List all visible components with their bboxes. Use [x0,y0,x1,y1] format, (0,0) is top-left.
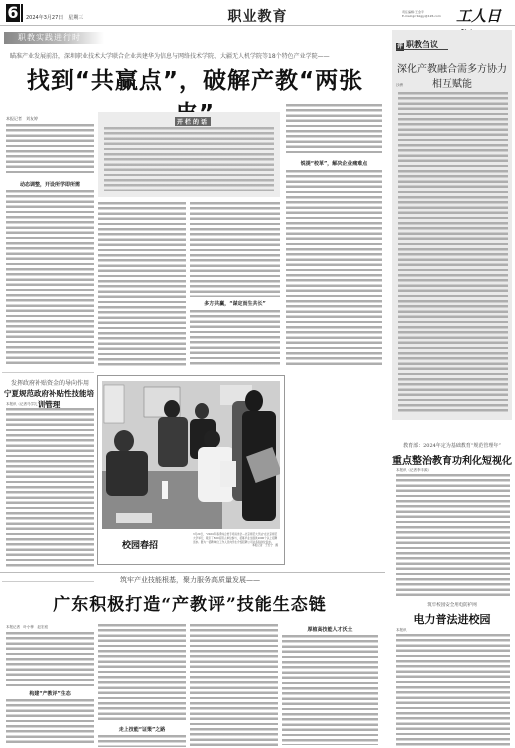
guangdong-subhead-1: 构建“产教评”生态 [6,690,94,697]
photo-caption-text: 3月20日，“2024年春季综合类专场双选会—北京师范大学站”在北京师范大学举行… [193,533,277,544]
lead-subhead-1: 动态调整，开设所学即所需 [6,181,94,188]
guangdong-body-col2b [98,735,186,747]
guangdong-body-col2a [98,624,186,722]
photo-scene-illustration [102,381,280,529]
guangdong-kicker: 筑牢产业技能根基，聚力服务高质量发展—— [0,575,380,585]
guangdong-byline: 本报记者 叶小钟 赵宏庭 [6,625,48,630]
education-ministry-kicker: 教育部：2024年定为基础教育“规范管理年” [392,442,512,449]
power-safety-headline: 电力普法进校园 [392,611,512,627]
guangdong-body-col1b [6,699,94,745]
news-photo [102,381,280,529]
power-safety-body [396,634,510,746]
lead-body-col3b [190,310,280,367]
ningxia-body [6,408,94,568]
commentary-headline: 深化产教融合需多方协力相互赋能 [394,60,510,90]
editorial-tag: 开栏的话 [175,117,211,126]
education-ministry-headline: 重点整治教育功利化短视化 [392,452,512,467]
power-safety-byline: 本报讯 [396,628,407,633]
guangdong-headline: 广东积极打造“产教评”技能生态链 [0,590,380,615]
lead-body-col2 [98,202,186,367]
power-safety-kicker: 筑牢校园安全用电防护网 [392,602,512,608]
guangdong-body-col3 [190,624,278,746]
editor-info: 责任编辑:王金辛 E-mail:grrbzgjy@126.com [402,10,448,18]
commentary-label-text: 职教刍议 [406,40,438,49]
lead-subhead-2: 多方共赢，“谋定而生共长” [190,300,280,307]
commentary-underline [396,49,448,50]
editor-email: E-mail:grrbzgjy@126.com [402,14,448,18]
guangdong-body-col1a [6,632,94,686]
education-ministry-body [396,474,510,596]
lead-kicker: 瞄准产业发展前沿，深圳职业技术大学联合企业共建华为信息与网络技术学院、大疆无人机… [10,51,380,60]
column-banner-label: 职教实践进行时 [18,32,81,44]
guangdong-body-col4 [282,635,378,745]
editorial-note-text [104,127,274,191]
lead-body-col1a [6,124,94,176]
photo-credit: 本报记者 于忠宁 摄 [193,544,278,548]
commentary-author: 沙洲 [396,83,403,88]
lead-body-col1b [6,190,94,365]
lead-body-col4b [286,170,382,365]
lead-body-col3a [190,202,280,297]
photo-caption: 3月20日，“2024年春季综合类专场双选会—北京师范大学站”在北京师范大学举行… [193,533,278,548]
lead-body-col4a [286,104,382,156]
commentary-body [398,92,508,414]
column-banner: 职教实践进行时 [4,32,104,44]
education-ministry-byline: 本报讯（记者李丰源） [396,468,431,473]
ningxia-byline: 本报讯（记者马学礼 李林秋） [6,402,55,407]
lead-subhead-3: 锐提“校革”，解决企业痛难点 [286,160,382,167]
lead-byline: 本报记者 刘友婷 [6,116,38,122]
guangdong-subhead-3: 厚植高技能人才沃土 [282,626,378,633]
photo-title: 校园春招 [122,538,158,551]
divider [0,572,385,573]
ningxia-kicker: 发挥政府补贴资金的导向作用 [6,378,94,387]
guangdong-subhead-2: 走上技能“证策”之路 [98,726,186,733]
